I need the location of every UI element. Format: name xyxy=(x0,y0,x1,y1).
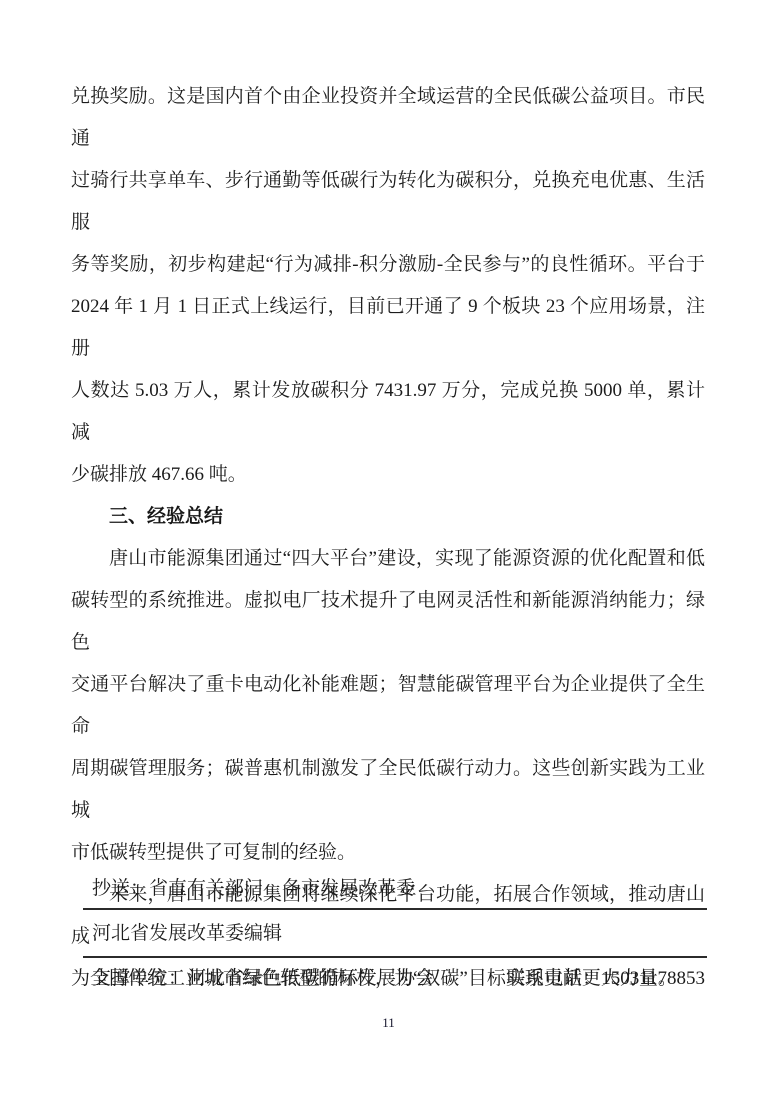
document-body: 兑换奖励。这是国内首个由企业投资并全域运营的全民低碳公益项目。市民通 过骑行共享… xyxy=(71,76,705,1000)
document-page: 兑换奖励。这是国内首个由企业投资并全域运营的全民低碳公益项目。市民通 过骑行共享… xyxy=(0,0,777,1097)
body-line: 唐山市能源集团通过“四大平台”建设，实现了能源资源的优化配置和低 xyxy=(71,538,705,580)
section-heading: 三、经验总结 xyxy=(71,496,705,538)
document-footer: 抄送：省直有关部门 各市发展改革委 河北省发展改革委编辑 支撑单位：河北省绿色低… xyxy=(83,869,707,990)
footer-contact-phone: 联系电话：15031178853 xyxy=(506,968,705,990)
footer-editor-line: 河北省发展改革委编辑 xyxy=(83,910,707,958)
body-line: 2024 年 1 月 1 日正式上线运行，目前已开通了 9 个板块 23 个应用… xyxy=(71,286,705,370)
body-line: 过骑行共享单车、步行通勤等低碳行为转化为碳积分，兑换充电优惠、生活服 xyxy=(71,160,705,244)
body-line: 务等奖励，初步构建起“行为减排-积分激励-全民参与”的良性循环。平台于 xyxy=(71,244,705,286)
body-line: 碳转型的系统推进。虚拟电厂技术提升了电网灵活性和新能源消纳能力；绿色 xyxy=(71,580,705,664)
body-line: 周期碳管理服务；碳普惠机制激发了全民低碳行动力。这些创新实践为工业城 xyxy=(71,748,705,832)
footer-support-unit: 支撑单位：河北省绿色低碳循环发展协会 xyxy=(92,968,434,990)
body-line: 人数达 5.03 万人，累计发放碳积分 7431.97 万分，完成兑换 5000… xyxy=(71,370,705,454)
page-number: 11 xyxy=(0,1014,777,1032)
body-line: 少碳排放 467.66 吨。 xyxy=(71,454,705,496)
footer-support-row: 支撑单位：河北省绿色低碳循环发展协会 联系电话：15031178853 xyxy=(83,958,707,990)
body-line: 交通平台解决了重卡电动化补能难题；智慧能碳管理平台为企业提供了全生命 xyxy=(71,664,705,748)
footer-cc-line: 抄送：省直有关部门 各市发展改革委 xyxy=(83,869,707,910)
body-line: 兑换奖励。这是国内首个由企业投资并全域运营的全民低碳公益项目。市民通 xyxy=(71,76,705,160)
body-line: 市低碳转型提供了可复制的经验。 xyxy=(71,832,705,874)
